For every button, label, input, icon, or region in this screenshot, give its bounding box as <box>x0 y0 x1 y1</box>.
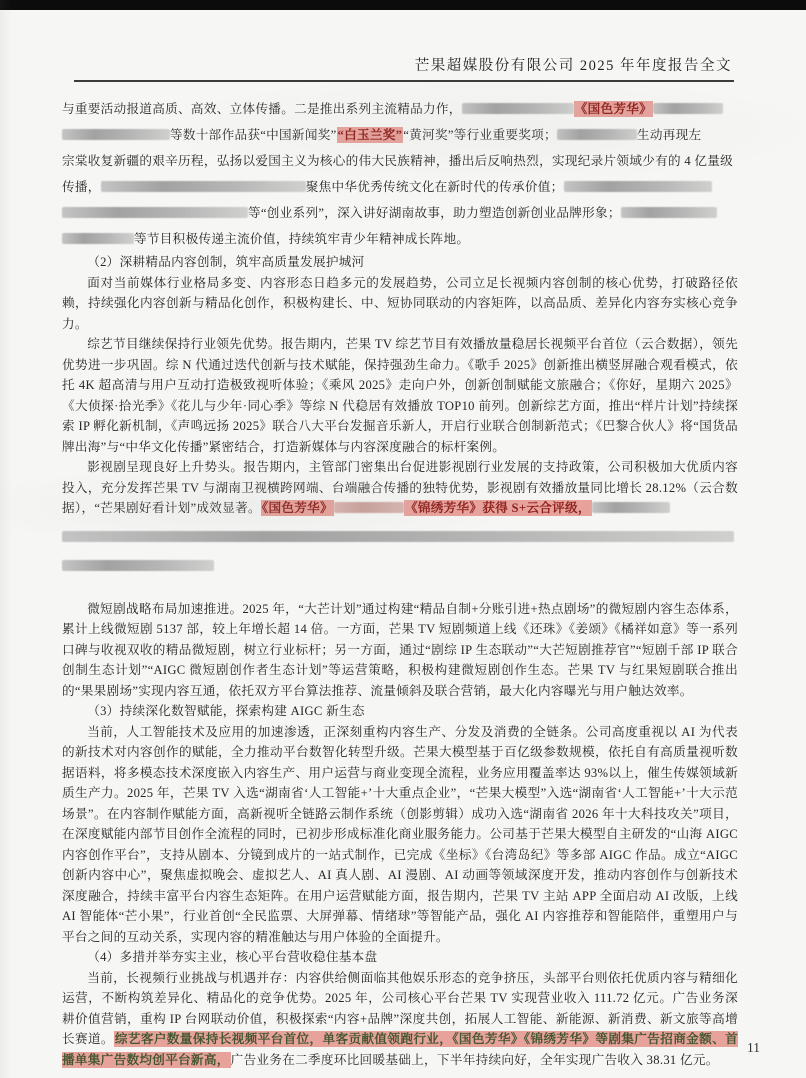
text-line: 等数十部作品获“中国新闻奖”“白玉兰奖”“黄河奖”等行业重要奖项；生动再现左 <box>62 122 738 148</box>
redacted-bar <box>653 103 723 114</box>
header-title: 芒果超媒股份有限公司 2025 年年度报告全文 <box>415 54 732 75</box>
paragraph-variety-shows: 综艺节目继续保持行业领先优势。报告期内，芒果 TV 综艺节目有效播放量稳居长视频… <box>62 334 738 457</box>
text-line: 传播，聚焦中华优秀传统文化在新时代的传承价值； <box>62 174 738 200</box>
body-text: （2）深耕精品内容创制，筑牢高质量发展护城河 <box>87 255 364 269</box>
body-text: 微短剧战略布局加速推进。2025 年，“大芒计划”通过构建“精品自制+分账引进+… <box>62 602 738 698</box>
body-text: 传播， <box>62 180 101 194</box>
redacted-bar <box>62 207 248 218</box>
redacted-bar <box>557 129 637 140</box>
report-page: 芒果超媒股份有限公司 2025 年年度报告全文 与重要活动报道高质、高效、立体传… <box>0 0 806 1078</box>
paragraph-core-platform-revenue: 当前，长视频行业挑战与机遇并存：内容供给侧面临其他娱乐形态的竞争挤压，头部平台则… <box>62 968 738 1071</box>
redacted-lines-block <box>62 523 738 581</box>
redacted-bar <box>564 181 712 192</box>
page-number: 11 <box>747 1040 760 1056</box>
paragraph-ai-aigc: 当前，人工智能技术及应用的加速渗透，正深刻重构内容生产、分发及消费的全链条。公司… <box>62 722 738 948</box>
paragraph-mainstream-works: 与重要活动报道高质、高效、立体传播。二是推出系列主流精品力作，《国色芳华》等数十… <box>62 96 738 252</box>
paragraph-strategy: 面对当前媒体行业格局多变、内容形态日趋多元的发展趋势，公司立足长视频内容创制的核… <box>62 273 738 335</box>
body-text: 生动再现左 <box>637 128 701 142</box>
highlighted-text-red: 《国色芳华》 <box>261 500 334 516</box>
body-text: 面对当前媒体行业格局多变、内容形态日趋多元的发展趋势，公司立足长视频内容创制的核… <box>62 276 738 331</box>
heading-section-4: （4）多措并举夯实主业，核心平台营收稳住基本盘 <box>62 947 738 968</box>
body-text: 等“创业系列”，深入讲好湖南故事，助力塑造创新创业品牌形象； <box>248 206 621 220</box>
body-text: 广告业务在二季度环比回暖基础上，下半年持续向好，全年实现广告收入 38.31 亿… <box>231 1053 719 1067</box>
text-line <box>62 523 738 552</box>
body-text: 当前，人工智能技术及应用的加速渗透，正深刻重构内容生产、分发及消费的全链条。公司… <box>62 725 738 944</box>
redacted-bar <box>621 207 717 218</box>
text-line: 等节目积极传递主流价值，持续筑牢青少年精神成长阵地。 <box>62 226 738 252</box>
heading-section-3: （3）持续深化数智赋能，探索构建 AIGC 新生态 <box>62 701 738 722</box>
text-line: 等“创业系列”，深入讲好湖南故事，助力塑造创新创业品牌形象； <box>62 200 738 226</box>
redacted-bar <box>62 560 214 571</box>
body-text: “黄河奖”等行业重要奖项； <box>403 128 557 142</box>
top-edge-bar <box>0 0 806 10</box>
redacted-bar <box>101 181 306 192</box>
paragraph-tv-dramas: 影视剧呈现良好上升势头。报告期内，主管部门密集出台促进影视剧行业发展的支持政策，… <box>62 457 738 519</box>
highlighted-text-red: 《锦绣芳华》获得 S+云合评级， <box>404 500 592 516</box>
text-line: 与重要活动报道高质、高效、立体传播。二是推出系列主流精品力作，《国色芳华》 <box>62 96 738 122</box>
text-line <box>62 552 738 581</box>
body-text: 等数十部作品获“中国新闻奖” <box>170 128 337 142</box>
redacted-bar <box>334 502 404 513</box>
highlighted-text-red: “白玉兰奖” <box>337 127 404 143</box>
body-text: 宗棠收复新疆的艰辛历程，弘扬以爱国主义为核心的伟大民族精神，播出后反响热烈，实现… <box>62 154 733 168</box>
redacted-bar <box>62 233 134 244</box>
body-text: 与重要活动报道高质、高效、立体传播。二是推出系列主流精品力作， <box>62 102 462 116</box>
text-line: 宗棠收复新疆的艰辛历程，弘扬以爱国主义为核心的伟大民族精神，播出后反响热烈，实现… <box>62 148 738 174</box>
heading-section-2: （2）深耕精品内容创制，筑牢高质量发展护城河 <box>62 252 738 273</box>
body-text: （4）多措并举夯实主业，核心平台营收稳住基本盘 <box>87 950 377 964</box>
redacted-bar <box>592 502 670 513</box>
body-text: 综艺节目继续保持行业领先优势。报告期内，芒果 TV 综艺节目有效播放量稳居长视频… <box>62 337 738 454</box>
header-rule <box>74 80 734 82</box>
document-body: 与重要活动报道高质、高效、立体传播。二是推出系列主流精品力作，《国色芳华》等数十… <box>62 96 738 1070</box>
body-text: 等节目积极传递主流价值，持续筑牢青少年精神成长阵地。 <box>134 232 469 246</box>
highlighted-text-red: 《国色芳华》 <box>574 101 653 117</box>
redacted-bar <box>62 129 170 140</box>
body-text: （3）持续深化数智赋能，探索构建 AIGC 新生态 <box>87 704 365 718</box>
body-text: 聚焦中华优秀传统文化在新时代的传承价值； <box>306 180 564 194</box>
redacted-bar <box>462 103 574 114</box>
redacted-bar <box>62 531 734 542</box>
paragraph-micro-dramas: 微短剧战略布局加速推进。2025 年，“大芒计划”通过构建“精品自制+分账引进+… <box>62 599 738 702</box>
